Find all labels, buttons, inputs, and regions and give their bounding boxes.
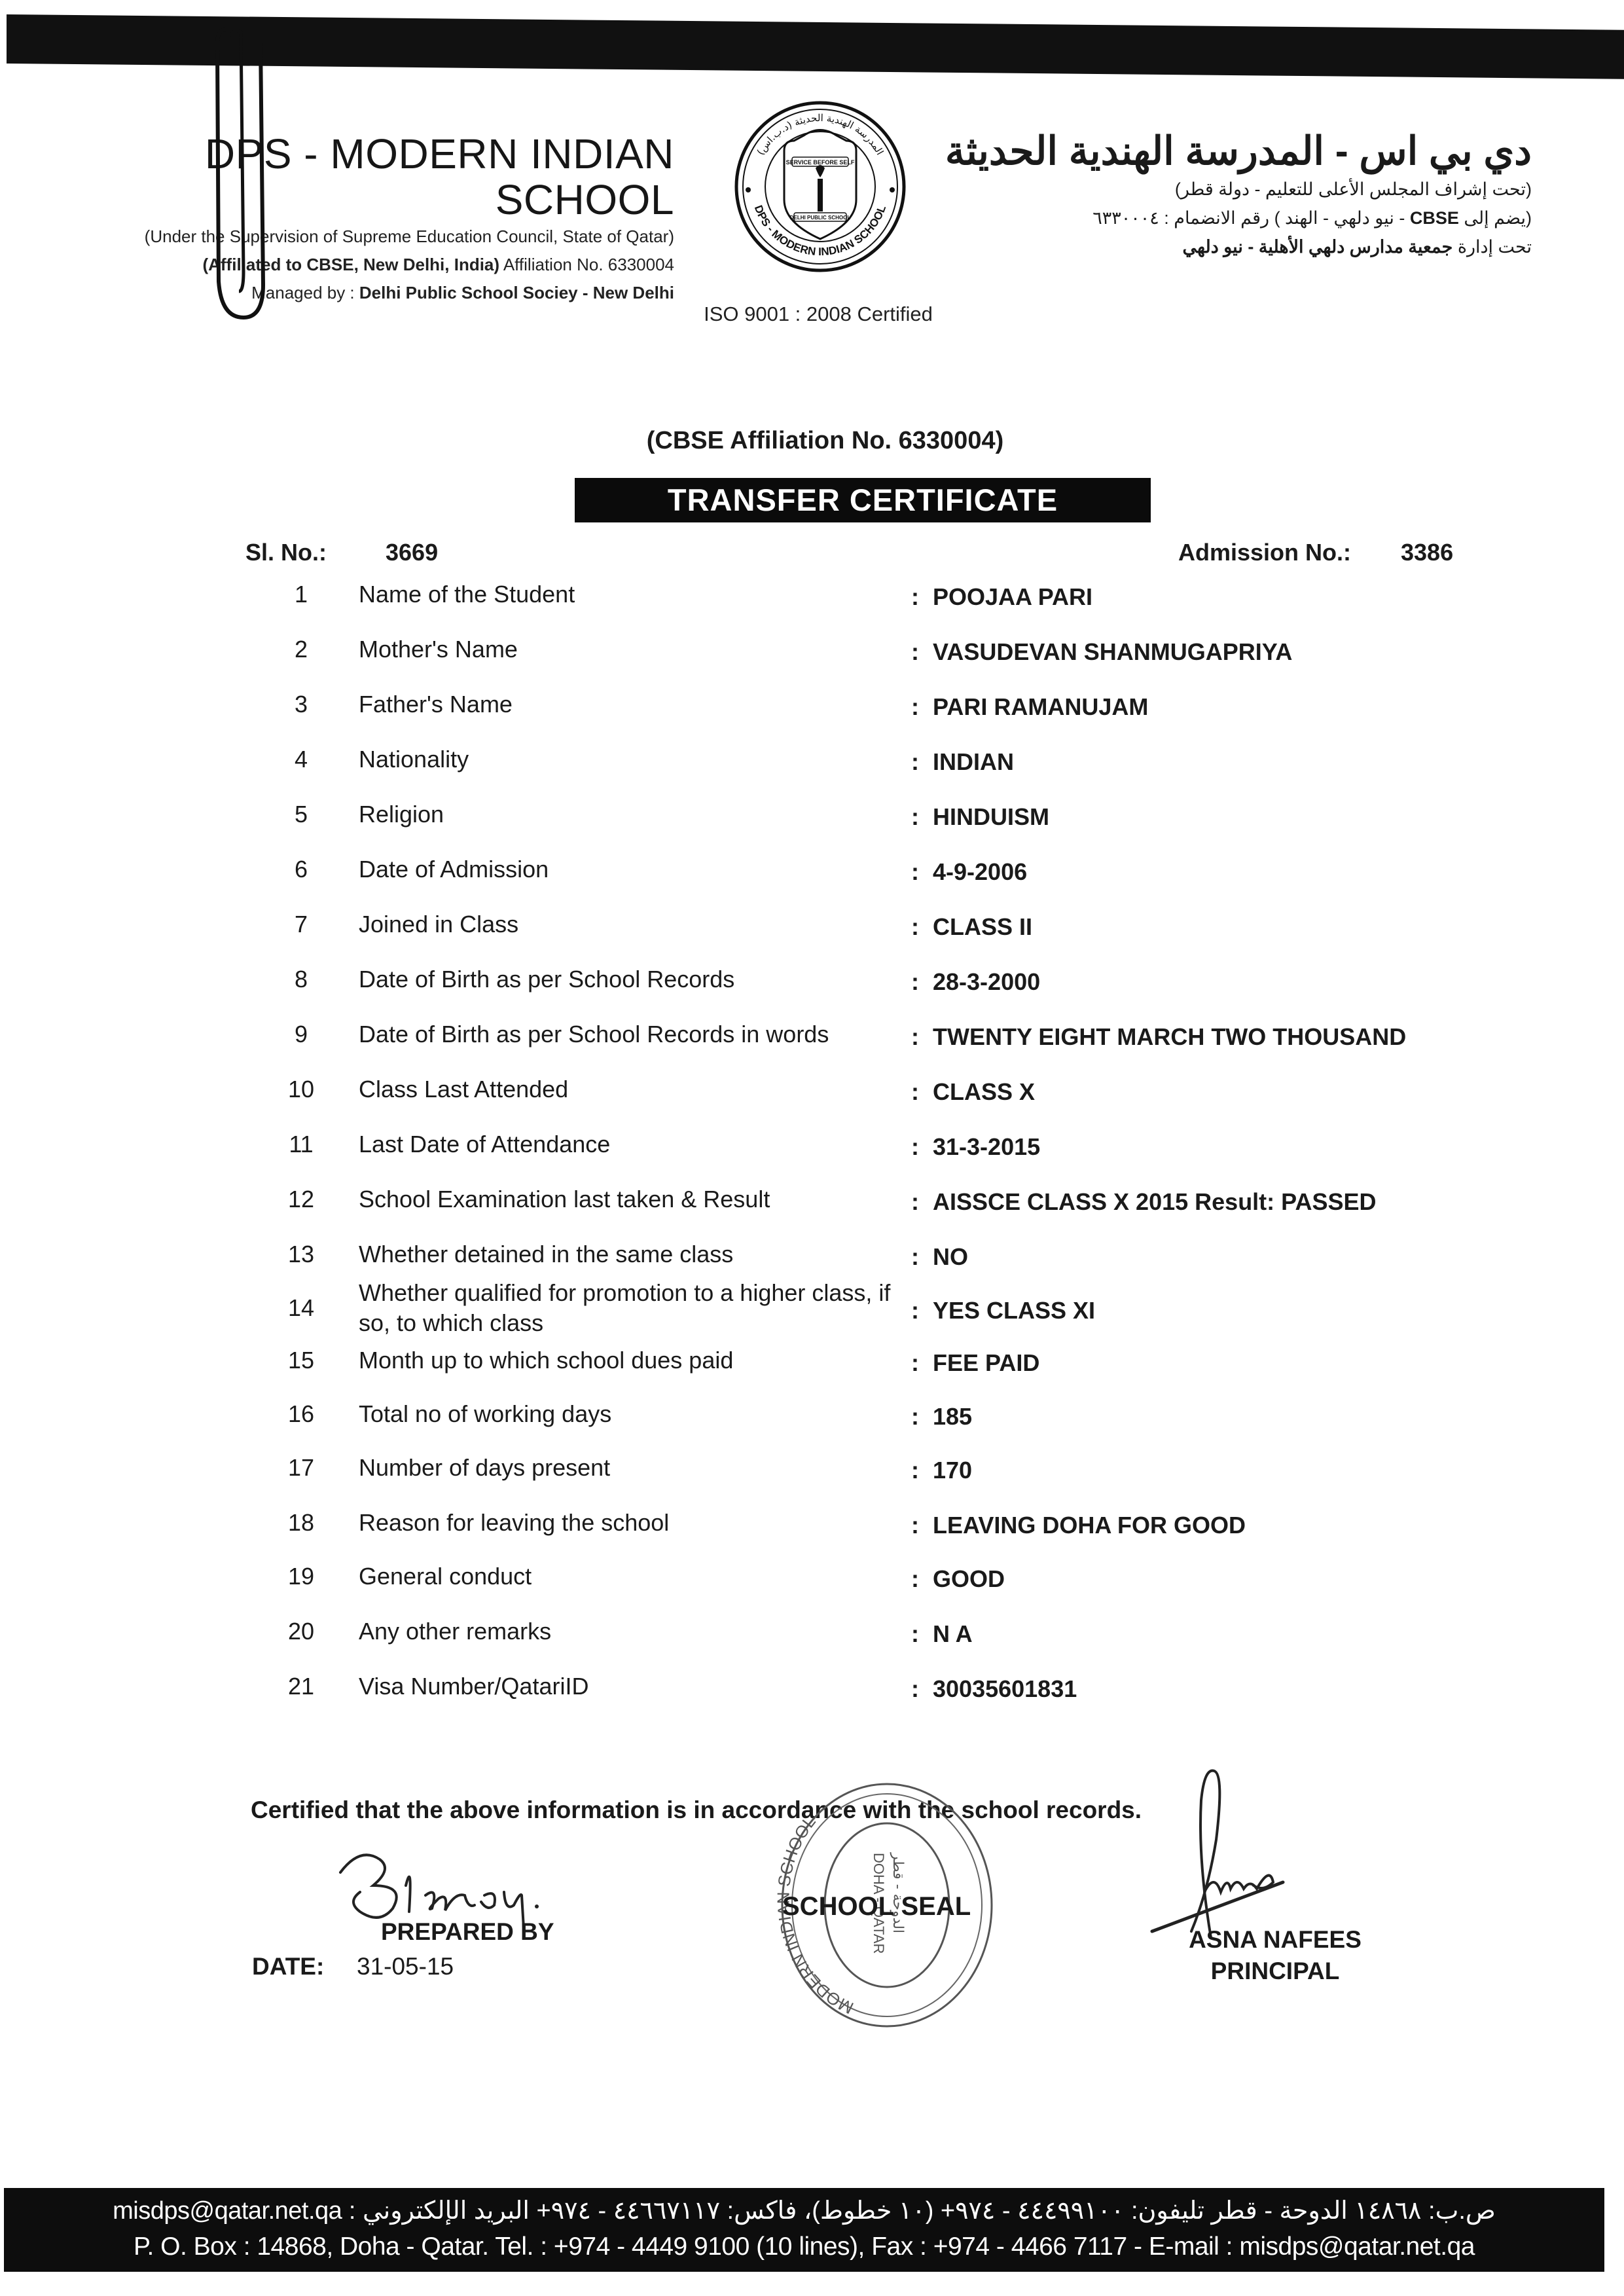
footer-arabic-contact: ص.ب: ١٤٨٦٨ الدوحة - قطر تليفون: ٤٤٤٩٩١٠٠…: [4, 2196, 1604, 2225]
field-separator: :: [911, 634, 919, 670]
field-separator: :: [911, 1345, 919, 1381]
certification-statement: Certified that the above information is …: [251, 1796, 1142, 1824]
field-separator: :: [911, 579, 919, 615]
field-label: Number of days present: [359, 1449, 909, 1486]
principal-name: ASNA NAFEES: [1183, 1926, 1367, 1954]
admission-number-label: Admission No.:: [1178, 539, 1351, 566]
arabic-affiliation-number: - نيو دلهي - الهند ) رقم الانضمام : ٦٣٣٠…: [1092, 208, 1410, 228]
field-number: 9: [275, 1016, 327, 1053]
field-separator: :: [911, 689, 919, 725]
logo-motto: SERVICE BEFORE SELF: [786, 159, 855, 166]
iso-certification: ISO 9001 : 2008 Certified: [681, 302, 956, 326]
principal-title: PRINCIPAL: [1183, 1958, 1367, 1985]
affiliation-number: Affiliation No. 6330004: [499, 255, 674, 274]
field-label: Mother's Name: [359, 631, 909, 668]
field-label: Father's Name: [359, 686, 909, 723]
field-row: 2Mother's Name:VASUDEVAN SHANMUGAPRIYA: [0, 631, 1624, 686]
field-row: 3Father's Name:PARI RAMANUJAM: [0, 686, 1624, 741]
paperclip-icon: [203, 23, 281, 331]
field-label: Religion: [359, 796, 909, 833]
field-label: Any other remarks: [359, 1613, 909, 1650]
date-label: DATE:: [252, 1953, 324, 1980]
field-value: 30035601831: [933, 1671, 1077, 1707]
field-label: Joined in Class: [359, 906, 909, 943]
date-value: 31-05-15: [357, 1953, 454, 1980]
field-value: 28-3-2000: [933, 964, 1040, 1000]
field-value: 185: [933, 1398, 972, 1435]
field-value: 170: [933, 1452, 972, 1489]
field-separator: :: [911, 1452, 919, 1489]
field-label: Reason for leaving the school: [359, 1504, 909, 1541]
school-logo-emblem: DPS - MODERN INDIAN SCHOOL المدرسة الهند…: [732, 95, 909, 275]
field-label: Whether qualified for promotion to a hig…: [359, 1278, 895, 1338]
field-value: PARI RAMANUJAM: [933, 689, 1148, 725]
field-value: LEAVING DOHA FOR GOOD: [933, 1507, 1246, 1544]
cbse-affiliation-line: (CBSE Affiliation No. 6330004): [0, 427, 1624, 455]
field-number: 12: [275, 1181, 327, 1218]
field-row: 6Date of Admission:4-9-2006: [0, 851, 1624, 906]
field-separator: :: [911, 1184, 919, 1220]
field-label: Date of Birth as per School Records: [359, 961, 909, 998]
arabic-supervision: (تحت إشراف المجلس الأعلى للتعليم - دولة …: [929, 175, 1532, 204]
logo-ring-english: DPS - MODERN INDIAN SCHOOL: [752, 204, 888, 258]
field-number: 6: [275, 851, 327, 888]
svg-text:المدرسة الهندية الحديثة (د.ب.ا: المدرسة الهندية الحديثة (د.ب.اس): [755, 112, 886, 157]
field-label: Visa Number/QatariID: [359, 1668, 909, 1705]
field-number: 17: [275, 1449, 327, 1486]
arabic-affiliation: (يضم إلى CBSE - نيو دلهي - الهند ) رقم ا…: [929, 204, 1532, 232]
arabic-cbse: CBSE: [1410, 208, 1459, 228]
admission-number-value: 3386: [1401, 539, 1453, 566]
arabic-managed-name: جمعية مدارس دلهي الأهلية - نيو دلهي: [1183, 237, 1453, 257]
field-number: 18: [275, 1504, 327, 1541]
field-row: 4Nationality:INDIAN: [0, 741, 1624, 796]
field-row: 16Total no of working days:185: [0, 1396, 1624, 1451]
footer-english-contact: P. O. Box : 14868, Doha - Qatar. Tel. : …: [4, 2232, 1604, 2261]
school-seal-label: SCHOOL SEAL: [782, 1892, 971, 1922]
field-separator: :: [911, 854, 919, 890]
field-row: 20Any other remarks:N A: [0, 1613, 1624, 1668]
field-separator: :: [911, 1616, 919, 1652]
supervision-line: (Under the Supervision of Supreme Educat…: [52, 223, 674, 251]
field-row: 10Class Last Attended:CLASS X: [0, 1071, 1624, 1126]
field-label: Date of Admission: [359, 851, 909, 888]
serial-number-label: Sl. No.:: [245, 539, 327, 566]
logo-ring-arabic: المدرسة الهندية الحديثة (د.ب.اس): [755, 112, 886, 157]
field-row: 5Religion:HINDUISM: [0, 796, 1624, 851]
field-value: CLASS X: [933, 1074, 1035, 1110]
field-row: 1Name of the Student:POOJAA PARI: [0, 576, 1624, 631]
field-number: 11: [275, 1126, 327, 1163]
field-separator: :: [911, 744, 919, 780]
logo-banner-bottom: DELHI PUBLIC SCHOOL: [790, 215, 851, 221]
field-separator: :: [911, 909, 919, 945]
arabic-affiliation-prefix: (يضم إلى: [1459, 208, 1532, 228]
field-label: General conduct: [359, 1558, 909, 1595]
field-number: 5: [275, 796, 327, 833]
field-number: 10: [275, 1071, 327, 1108]
field-number: 15: [275, 1342, 327, 1379]
field-number: 20: [275, 1613, 327, 1650]
serial-number-value: 3669: [386, 539, 438, 566]
field-label: Month up to which school dues paid: [359, 1342, 909, 1379]
field-row: 15Month up to which school dues paid:FEE…: [0, 1342, 1624, 1397]
svg-text:DPS - MODERN INDIAN SCHOOL: DPS - MODERN INDIAN SCHOOL: [752, 204, 888, 258]
field-value: INDIAN: [933, 744, 1014, 780]
field-number: 8: [275, 961, 327, 998]
field-separator: :: [911, 1239, 919, 1275]
field-label: Total no of working days: [359, 1396, 909, 1432]
header-arabic: دي بي اس - المدرسة الهندية الحديثة (تحت …: [929, 128, 1532, 261]
field-value: N A: [933, 1616, 973, 1652]
field-number: 4: [275, 741, 327, 778]
field-label: School Examination last taken & Result: [359, 1181, 909, 1218]
field-separator: :: [911, 1019, 919, 1055]
field-value: HINDUISM: [933, 799, 1049, 835]
field-row: 18Reason for leaving the school:LEAVING …: [0, 1504, 1624, 1559]
field-number: 1: [275, 576, 327, 613]
field-value: TWENTY EIGHT MARCH TWO THOUSAND: [933, 1019, 1406, 1055]
field-separator: :: [911, 964, 919, 1000]
field-value: POOJAA PARI: [933, 579, 1092, 615]
field-value: 31-3-2015: [933, 1129, 1040, 1165]
field-row: 8Date of Birth as per School Records:28-…: [0, 961, 1624, 1016]
field-number: 19: [275, 1558, 327, 1595]
field-separator: :: [911, 1507, 919, 1544]
arabic-school-name: دي بي اس - المدرسة الهندية الحديثة: [929, 128, 1532, 175]
field-separator: :: [911, 1398, 919, 1435]
field-row: 9Date of Birth as per School Records in …: [0, 1016, 1624, 1071]
field-value: 4-9-2006: [933, 854, 1027, 890]
managed-by: Delhi Public School Sociey - New Delhi: [359, 283, 674, 302]
field-label: Whether detained in the same class: [359, 1236, 909, 1273]
admission-number: Admission No.:3386: [1178, 539, 1453, 566]
field-number: 7: [275, 906, 327, 943]
field-number: 14: [275, 1290, 327, 1326]
prepared-by-label: PREPARED BY: [381, 1918, 554, 1946]
serial-number: Sl. No.:3669: [245, 539, 438, 566]
header-english: DPS - MODERN INDIAN SCHOOL (Under the Su…: [52, 131, 674, 307]
field-number: 16: [275, 1396, 327, 1432]
arabic-managed-prefix: تحت إدارة: [1453, 237, 1532, 257]
field-value: NO: [933, 1239, 968, 1275]
field-value: VASUDEVAN SHANMUGAPRIYA: [933, 634, 1292, 670]
field-value: GOOD: [933, 1561, 1005, 1597]
field-label: Last Date of Attendance: [359, 1126, 909, 1163]
field-row: 7Joined in Class:CLASS II: [0, 906, 1624, 961]
field-label: Nationality: [359, 741, 909, 778]
field-separator: :: [911, 799, 919, 835]
field-number: 3: [275, 686, 327, 723]
field-value: CLASS II: [933, 909, 1032, 945]
field-row: 17Number of days present:170: [0, 1449, 1624, 1504]
affiliation-line: (Affiliated to CBSE, New Delhi, India) A…: [52, 251, 674, 279]
field-separator: :: [911, 1292, 919, 1329]
field-value: FEE PAID: [933, 1345, 1039, 1381]
field-label: Date of Birth as per School Records in w…: [359, 1016, 909, 1053]
managed-by-line: Managed by : Delhi Public School Sociey …: [52, 279, 674, 307]
field-number: 21: [275, 1668, 327, 1705]
field-separator: :: [911, 1129, 919, 1165]
field-row: 11Last Date of Attendance:31-3-2015: [0, 1126, 1624, 1181]
field-separator: :: [911, 1671, 919, 1707]
certificate-title: TRANSFER CERTIFICATE: [575, 478, 1151, 522]
field-row: 19General conduct:GOOD: [0, 1558, 1624, 1613]
arabic-managed-by: تحت إدارة جمعية مدارس دلهي الأهلية - نيو…: [929, 232, 1532, 261]
field-row: 14Whether qualified for promotion to a h…: [0, 1290, 1624, 1345]
field-value: AISSCE CLASS X 2015 Result: PASSED: [933, 1184, 1377, 1220]
field-value: YES CLASS XI: [933, 1292, 1095, 1329]
field-label: Class Last Attended: [359, 1071, 909, 1108]
school-name: DPS - MODERN INDIAN SCHOOL: [52, 131, 674, 223]
field-number: 2: [275, 631, 327, 668]
field-label: Name of the Student: [359, 576, 909, 613]
field-separator: :: [911, 1561, 919, 1597]
field-row: 12School Examination last taken & Result…: [0, 1181, 1624, 1236]
field-number: 13: [275, 1236, 327, 1273]
footer-contact-bar: ص.ب: ١٤٨٦٨ الدوحة - قطر تليفون: ٤٤٤٩٩١٠٠…: [4, 2188, 1604, 2272]
field-row: 21Visa Number/QatariID:30035601831: [0, 1668, 1624, 1723]
field-separator: :: [911, 1074, 919, 1110]
